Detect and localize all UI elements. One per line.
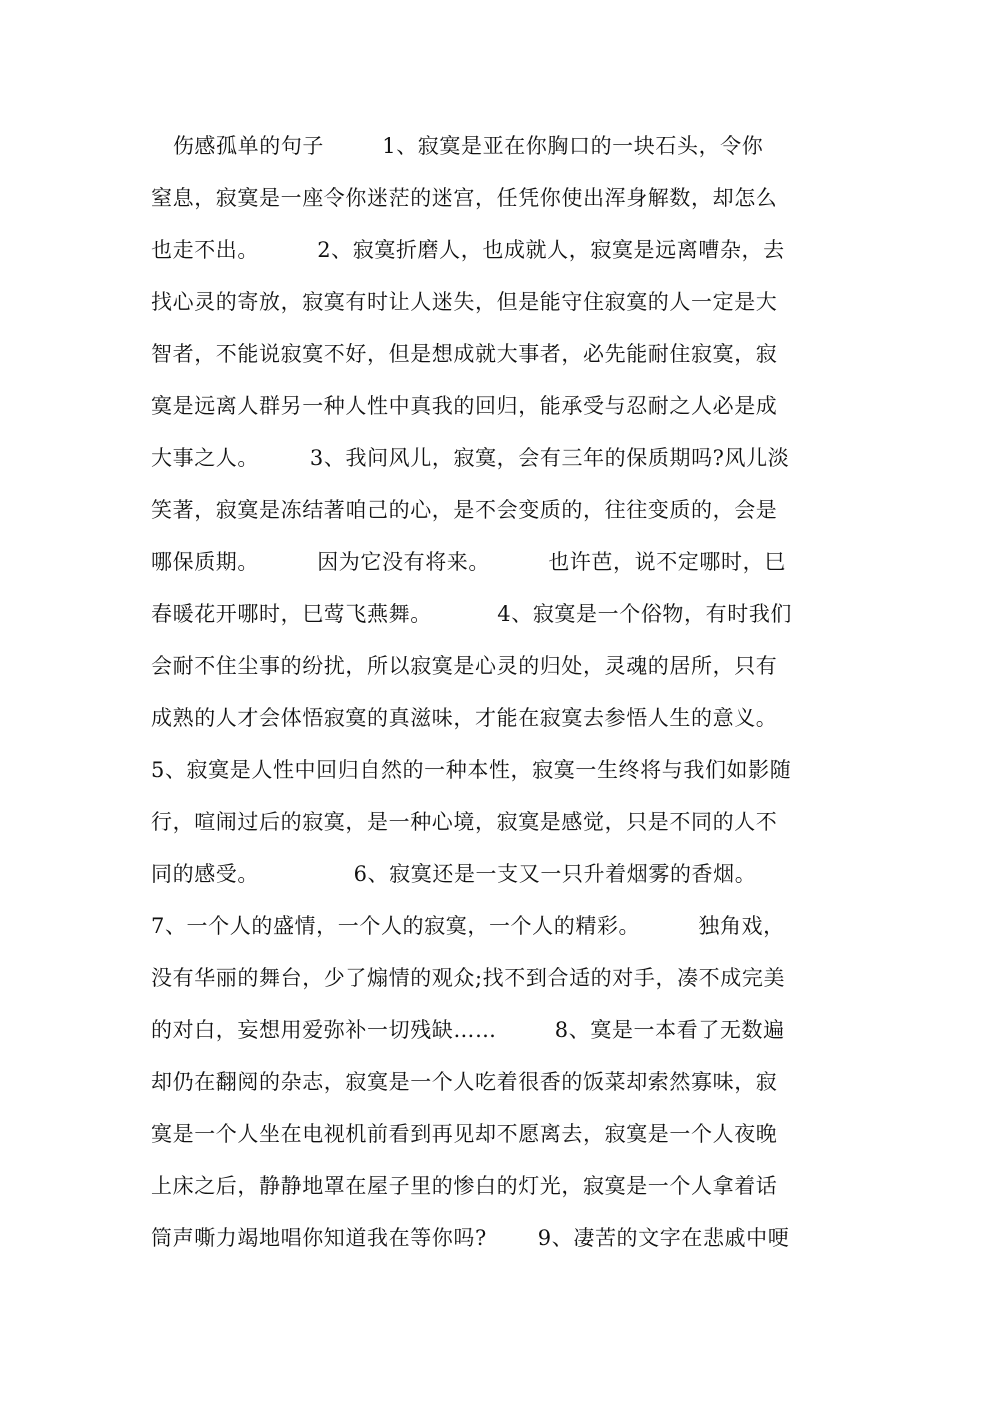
text-line: 找心灵的寄放，寂寞有时让人迷失，但是能守住寂寞的人一定是大 [151,284,843,336]
text-line: 窒息，寂寞是一座令你迷茫的迷宫，任凭你使出浑身解数，却怎么 [151,180,843,232]
text-line: 5、寂寞是人性中回归自然的一种本性，寂寞一生终将与我们如影随 [151,752,843,804]
document-page: 伤感孤单的句子 1、寂寞是亚在你胸口的一块石头，令你 窒息，寂寞是一座令你迷茫的… [0,0,993,1404]
text-line: 寞是一个人坐在电视机前看到再见却不愿离去，寂寞是一个人夜晚 [151,1116,843,1168]
text-line: 笑著，寂寞是冻结著咱己的心，是不会变质的，往往变质的，会是 [151,492,843,544]
text-line: 筒声嘶力竭地唱你知道我在等你吗? 9、凄苦的文字在悲戚中哽 [151,1220,843,1272]
text-line: 会耐不住尘事的纷扰，所以寂寞是心灵的归处，灵魂的居所，只有 [151,648,843,700]
text-line: 同的感受。 6、寂寞还是一支又一只升着烟雾的香烟。 [151,856,843,908]
text-line: 上床之后，静静地罩在屋子里的惨白的灯光，寂寞是一个人拿着话 [151,1168,843,1220]
text-line: 没有华丽的舞台，少了煽情的观众;找不到合适的对手，凑不成完美 [151,960,843,1012]
text-line: 7、一个人的盛情，一个人的寂寞，一个人的精彩。 独角戏， [151,908,843,960]
text-line: 智者，不能说寂寞不好，但是想成就大事者，必先能耐住寂寞，寂 [151,336,843,388]
text-line: 伤感孤单的句子 1、寂寞是亚在你胸口的一块石头，令你 [151,128,843,180]
text-line: 也走不出。 2、寂寞折磨人，也成就人，寂寞是远离嘈杂，去 [151,232,843,284]
text-line: 却仍在翻阅的杂志，寂寞是一个人吃着很香的饭菜却索然寡味，寂 [151,1064,843,1116]
text-line: 哪保质期。 因为它没有将来。 也许芭，说不定哪时，巳 [151,544,843,596]
text-line: 大事之人。 3、我问风儿，寂寞，会有三年的保质期吗?风儿淡 [151,440,843,492]
body-text: 伤感孤单的句子 1、寂寞是亚在你胸口的一块石头，令你 窒息，寂寞是一座令你迷茫的… [151,128,843,1272]
text-line: 春暖花开哪时，巳莺飞燕舞。 4、寂寞是一个俗物，有时我们 [151,596,843,648]
text-line: 行，喧闹过后的寂寞，是一种心境，寂寞是感觉，只是不同的人不 [151,804,843,856]
text-line: 寞是远离人群另一种人性中真我的回归，能承受与忍耐之人必是成 [151,388,843,440]
text-line: 的对白，妄想用爱弥补一切残缺…… 8、寞是一本看了无数遍 [151,1012,843,1064]
text-line: 成熟的人才会体悟寂寞的真滋味，才能在寂寞去参悟人生的意义。 [151,700,843,752]
